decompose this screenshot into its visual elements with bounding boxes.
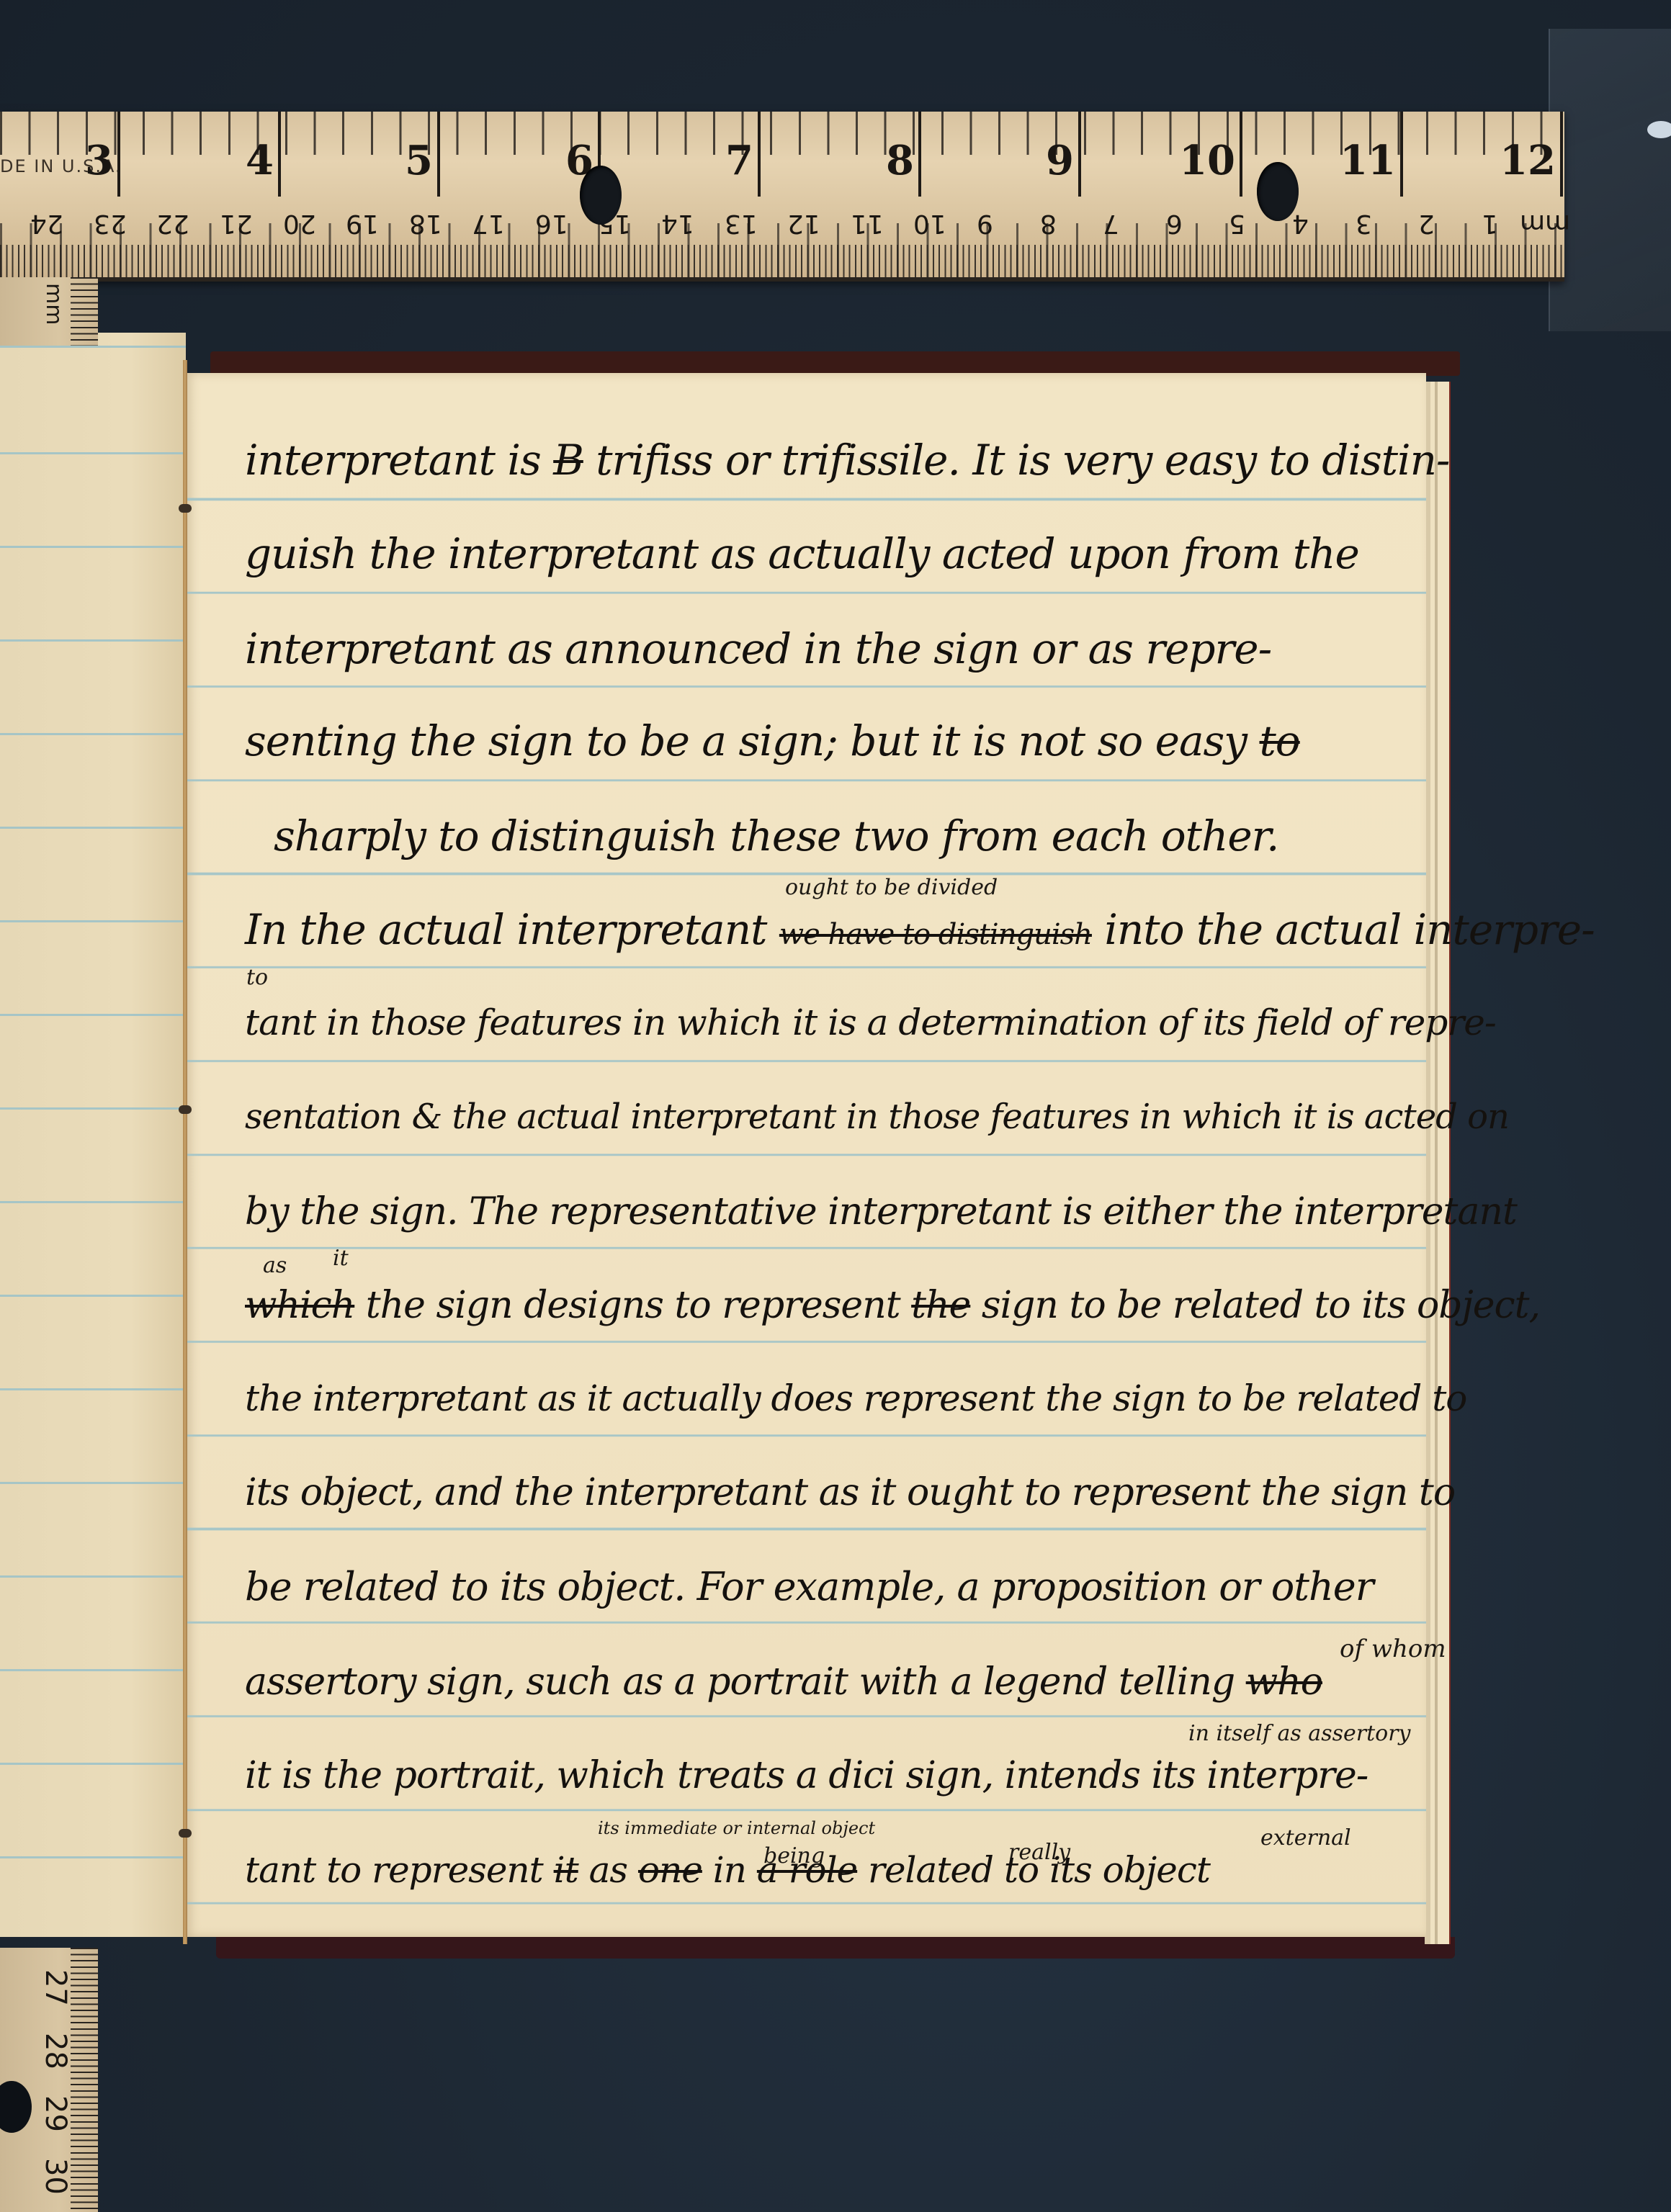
ruled-lines [0, 333, 186, 1937]
cover-edge-top [210, 351, 1460, 376]
line-text: trifiss or trifissile. It is very easy t… [583, 436, 1450, 485]
line-text: the sign designs to represent [354, 1284, 911, 1327]
cm-label: 19 [346, 209, 379, 238]
inch-label: 4 [246, 137, 278, 184]
cm-label: 14 [661, 209, 694, 238]
struck-text: to [1260, 716, 1300, 765]
page-stack-edge [1425, 382, 1451, 1944]
cm-label: 24 [30, 209, 63, 238]
inch-mark [918, 112, 921, 197]
inch-label: 9 [1046, 137, 1078, 184]
inch-mark [117, 112, 120, 197]
cm-label: 30 [39, 2158, 72, 2195]
cm-label: 29 [39, 2095, 72, 2132]
line-text: guish the interpretant as actually acted… [245, 529, 1359, 578]
cm-label: 9 [977, 209, 993, 238]
line-text: interpretant as announced in the sign or… [245, 624, 1271, 673]
cm-label: 8 [1040, 209, 1057, 238]
ruler-ticks-sixteenths [0, 112, 1564, 155]
ruler-ticks [71, 277, 98, 346]
cm-label: 20 [283, 209, 316, 238]
cm-label: 13 [725, 209, 758, 238]
line-text: as [578, 1849, 638, 1891]
cm-label: 18 [409, 209, 442, 238]
tape-piece [1549, 29, 1671, 331]
struck-text: B [553, 436, 583, 485]
struck-text: we have to distinguish [779, 918, 1092, 951]
inch-label: 3 [85, 137, 117, 184]
inch-mark [758, 112, 761, 197]
inch-mark [1240, 112, 1242, 197]
manuscript-line-4: senting the sign to be a sign; but it is… [245, 720, 1412, 762]
interlinear-insert: its immediate or internal object [598, 1818, 875, 1838]
cm-label: 27 [39, 1969, 72, 2006]
struck-text: the [911, 1284, 970, 1327]
manuscript-line-3: interpretant as announced in the sign or… [245, 628, 1412, 670]
manuscript-line-14: assertory sign, such as a portrait with … [245, 1663, 1412, 1701]
cm-label: 3 [1356, 209, 1372, 238]
interlinear-insert: it [333, 1246, 349, 1271]
line-text: assertory sign, such as a portrait with … [245, 1660, 1246, 1704]
inch-label: 7 [725, 137, 758, 184]
cm-label: 6 [1166, 209, 1183, 238]
line-text: it is the portrait, which treats a dici … [245, 1754, 1368, 1797]
line-text: interpretant is [245, 436, 553, 485]
manuscript-line-13: be related to its object. For example, a… [245, 1568, 1412, 1606]
manuscript-line-16: tant to represent it as one in a role re… [245, 1852, 1412, 1888]
binding-knot [179, 504, 192, 513]
inch-mark [278, 112, 281, 197]
inch-label: 10 [1179, 137, 1240, 184]
line-text: the interpretant as it actually does rep… [245, 1377, 1466, 1419]
cm-label: 16 [535, 209, 568, 238]
interlinear-insert: external [1260, 1825, 1351, 1851]
binding-thread [183, 360, 187, 1944]
cm-label: 21 [220, 209, 253, 238]
struck-text: who [1246, 1660, 1322, 1704]
inch-mark [1560, 112, 1563, 197]
struck-text: one [638, 1849, 702, 1891]
line-text: be related to its object. For example, a… [245, 1564, 1374, 1609]
unit-label: mm [41, 283, 66, 325]
cm-label: 12 [787, 209, 820, 238]
binding-knot [179, 1829, 192, 1838]
inch-mark [437, 112, 440, 197]
manuscript-line-5: sharply to distinguish these two from ea… [274, 815, 1412, 857]
cm-label: 10 [913, 209, 946, 238]
manuscript-line-10: which the sign designs to represent the … [245, 1287, 1412, 1324]
horizontal-ruler: DE IN U.S.A. 3 4 5 6 7 8 9 10 11 12 24 2… [0, 112, 1564, 282]
line-text: tant in those features in which it is a … [245, 1002, 1496, 1043]
manuscript-line-11: the interpretant as it actually does rep… [245, 1380, 1412, 1416]
manuscript-line-6: In the actual interpretant we have to di… [245, 909, 1412, 950]
line-text: in [702, 1849, 757, 1891]
interlinear-insert: ought to be divided [785, 875, 998, 900]
interlinear-insert: of whom [1340, 1635, 1446, 1663]
line-text: senting the sign to be a sign; but it is… [245, 716, 1247, 765]
binding-knot [179, 1105, 192, 1114]
line-text: related to its object [857, 1849, 1210, 1891]
ruler-ticks [71, 1948, 98, 2212]
cm-label: 5 [1229, 209, 1245, 238]
unit-label: mm [1520, 209, 1570, 238]
interlinear-insert: as [263, 1253, 287, 1278]
margin-note: to [246, 965, 268, 990]
interlinear-insert: in itself as assertory [1188, 1721, 1410, 1746]
light-glint [1647, 121, 1671, 138]
cm-label: 4 [1292, 209, 1309, 238]
ruler-hole [580, 166, 622, 225]
inch-mark [1400, 112, 1403, 197]
line-text: sentation & the actual interpretant in t… [245, 1097, 1509, 1137]
manuscript-line-1: interpretant is B trifiss or trifissile.… [245, 439, 1412, 481]
inch-mark [1078, 112, 1081, 197]
cm-label: 28 [39, 2033, 72, 2069]
inch-label: 8 [886, 137, 918, 184]
manuscript-line-7: tant in those features in which it is a … [245, 1004, 1412, 1040]
manuscript-line-9: by the sign. The representative interpre… [245, 1193, 1412, 1231]
manuscript-line-12: its object, and the interpretant as it o… [245, 1474, 1412, 1511]
cm-label: 11 [851, 209, 884, 238]
vertical-ruler-bottom: 27 28 29 30 [0, 1948, 98, 2212]
ruler-ticks-mm [0, 245, 1564, 277]
cm-label: 23 [94, 209, 127, 238]
cover-edge-bottom [216, 1937, 1455, 1959]
manuscript-line-15: it is the portrait, which treats a dici … [245, 1757, 1412, 1794]
struck-text: it [554, 1849, 578, 1891]
line-text: In the actual interpretant [245, 905, 779, 954]
struck-text: a role [757, 1849, 857, 1891]
left-notebook-page [0, 333, 186, 1937]
line-text: its object, and the interpretant as it o… [245, 1471, 1455, 1514]
cm-label: 22 [156, 209, 189, 238]
manuscript-line-8: sentation & the actual interpretant in t… [245, 1100, 1412, 1134]
cm-label: 2 [1418, 209, 1435, 238]
inch-label: 5 [405, 137, 437, 184]
line-text: into the actual interpre- [1092, 905, 1595, 954]
cm-label: 7 [1103, 209, 1119, 238]
inch-label: 12 [1500, 137, 1560, 184]
cm-label: 1 [1482, 209, 1498, 238]
ruler-hole [1257, 162, 1299, 221]
inch-label: 11 [1340, 137, 1400, 184]
line-text: by the sign. The representative interpre… [245, 1190, 1517, 1233]
struck-text: which [245, 1284, 354, 1327]
line-text: tant to represent [245, 1849, 554, 1891]
manuscript-line-2: guish the interpretant as actually acted… [245, 533, 1412, 575]
cm-label: 17 [472, 209, 505, 238]
line-text: sign to be related to its object, [970, 1284, 1540, 1327]
vertical-ruler-top: mm [0, 277, 98, 346]
line-text: sharply to distinguish these two from ea… [274, 811, 1278, 860]
